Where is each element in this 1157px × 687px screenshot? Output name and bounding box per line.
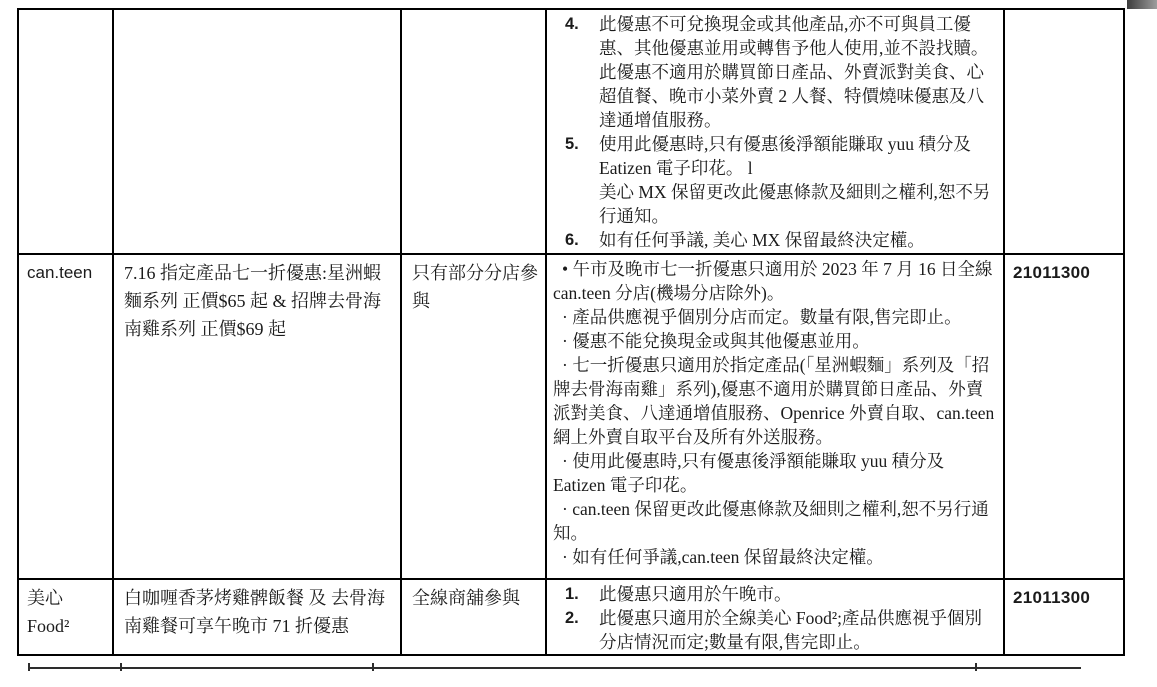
document-page: 4. 此優惠不可兌換現金或其他產品,亦不可與員工優惠、其他優惠並用或轉售予他人使… (0, 0, 1157, 687)
brand-cell-row1 (19, 10, 114, 255)
code-cell-row1 (1005, 10, 1123, 255)
term-item: 1. 此優惠只適用於午晚市。 (565, 582, 995, 606)
term-number: 5. (565, 132, 599, 156)
terms-cell-mx-food: 1. 此優惠只適用於午晚市。 2. 此優惠只適用於全線美心 Food²;產品供應… (547, 580, 1005, 654)
offer-cell-mx-food: 白咖喱香茅烤雞髀飯餐 及 去骨海南雞餐可享午晚市 71 折優惠 (114, 580, 402, 654)
terms-cell-canteen: • 午市及晚市七一折優惠只適用於 2023 年 7 月 16 日全線 can.t… (547, 255, 1005, 580)
bullet-item: · 使用此優惠時,只有優惠後淨額能賺取 yuu 積分及 Eatizen 電子印花… (553, 449, 995, 497)
term-text: 此優惠只適用於午晚市。 (599, 582, 995, 606)
term-number: 1. (565, 582, 599, 606)
next-table-border-tick (28, 663, 30, 671)
bullet-item: · can.teen 保留更改此優惠條款及細則之權利,恕不另行通知。 (553, 497, 995, 545)
code-cell-mx-food: 21011300 (1005, 580, 1123, 654)
term-item: 4. 此優惠不可兌換現金或其他產品,亦不可與員工優惠、其他優惠並用或轉售予他人使… (565, 12, 995, 132)
next-table-top-border (28, 667, 1081, 669)
term-text: 此優惠只適用於全線美心 Food²;產品供應視乎個別分店情況而定;數量有限,售完… (599, 606, 995, 654)
participation-cell-row1 (402, 10, 547, 255)
offers-table: 4. 此優惠不可兌換現金或其他產品,亦不可與員工優惠、其他優惠並用或轉售予他人使… (17, 8, 1125, 656)
terms-cell-row1: 4. 此優惠不可兌換現金或其他產品,亦不可與員工優惠、其他優惠並用或轉售予他人使… (547, 10, 1005, 255)
term-number: 4. (565, 12, 599, 36)
bullet-item: • 午市及晚市七一折優惠只適用於 2023 年 7 月 16 日全線 can.t… (553, 257, 995, 305)
brand-cell-canteen: can.teen (19, 255, 114, 580)
term-text: 此優惠不可兌換現金或其他產品,亦不可與員工優惠、其他優惠並用或轉售予他人使用,並… (599, 12, 995, 132)
bullet-item: · 如有任何爭議,can.teen 保留最終決定權。 (553, 545, 995, 569)
offer-cell-canteen: 7.16 指定產品七一折優惠:星洲蝦麵系列 正價$65 起 & 招牌去骨海南雞系… (114, 255, 402, 580)
term-number: 6. (565, 228, 599, 252)
offer-cell-row1 (114, 10, 402, 255)
term-item: 6. 如有任何爭議, 美心 MX 保留最終決定權。 (565, 228, 995, 252)
term-text: 如有任何爭議, 美心 MX 保留最終決定權。 (599, 228, 995, 252)
screen-edge-artifact (1127, 0, 1157, 9)
brand-cell-mx-food: 美心 Food² (19, 580, 114, 654)
term-item: 5. 使用此優惠時,只有優惠後淨額能賺取 yuu 積分及 Eatizen 電子印… (565, 132, 995, 228)
bullet-item: · 七一折優惠只適用於指定產品(「星洲蝦麵」系列及「招牌去骨海南雞」系列),優惠… (553, 353, 995, 449)
term-item: 2. 此優惠只適用於全線美心 Food²;產品供應視乎個別分店情況而定;數量有限… (565, 606, 995, 654)
participation-cell-canteen: 只有部分分店參與 (402, 255, 547, 580)
code-cell-canteen: 21011300 (1005, 255, 1123, 580)
participation-cell-mx-food: 全線商舖參與 (402, 580, 547, 654)
term-text-line: 使用此優惠時,只有優惠後淨額能賺取 yuu 積分及 Eatizen 電子印花。 … (599, 132, 995, 180)
term-text: 使用此優惠時,只有優惠後淨額能賺取 yuu 積分及 Eatizen 電子印花。 … (599, 132, 995, 228)
bullet-item: · 優惠不能兌換現金或與其他優惠並用。 (553, 329, 995, 353)
term-number: 2. (565, 606, 599, 630)
next-table-border-tick (372, 663, 374, 671)
term-text-line: 美心 MX 保留更改此優惠條款及細則之權利,恕不另行通知。 (599, 180, 995, 228)
next-table-border-tick (120, 663, 122, 671)
bullet-item: · 產品供應視乎個別分店而定。數量有限,售完即止。 (553, 305, 995, 329)
next-table-border-tick (975, 663, 977, 671)
